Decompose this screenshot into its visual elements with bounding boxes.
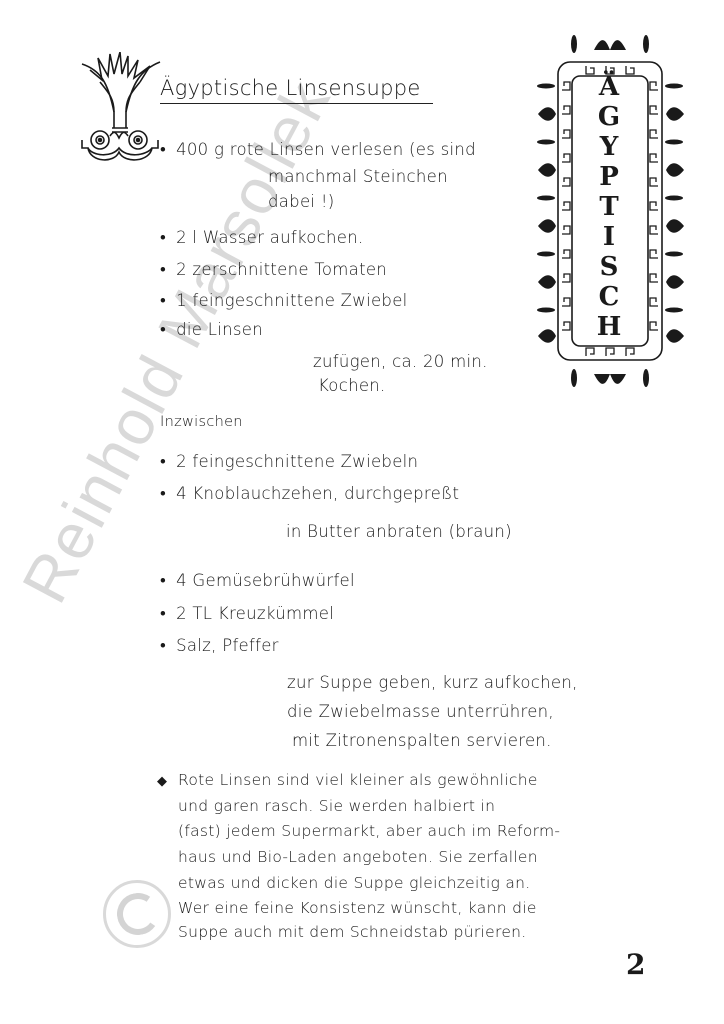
instruction-line: zufügen, ca. 20 min. (313, 352, 488, 371)
cartouche-letter: H (597, 312, 622, 342)
note-line: Suppe auch mit dem Schneidstab pürieren. (178, 920, 527, 944)
ingredient-line: 2 TL Kreuzkümmel (160, 604, 334, 624)
note-line: und garen rasch. Sie werden halbiert in (178, 794, 495, 818)
lotus-logo-icon (80, 52, 162, 162)
ingredient-line: 400 g rote Linsen verlesen (es sind (160, 140, 476, 160)
page-number: 2 (626, 948, 645, 981)
note-line: haus und Bio-Laden angeboten. Sie zerfal… (178, 845, 538, 869)
cartouche-letter: T (599, 192, 618, 222)
note-line: (fast) jedem Supermarkt, aber auch im Re… (178, 819, 560, 843)
ingredient-continuation: dabei !) (268, 192, 335, 211)
note-line: Rote Linsen sind viel kleiner als gewöhn… (178, 768, 538, 792)
instruction-line: Kochen. (318, 376, 386, 395)
note-line: Wer eine feine Konsistenz wünscht, kann … (178, 896, 537, 920)
ingredient-line: die Linsen (160, 320, 263, 340)
cartouche-letter: Y (600, 132, 619, 162)
cartouche-letter: Ä (599, 72, 619, 102)
cartouche-label: Ä G Y P T I S C H (585, 72, 633, 342)
ingredient-line: 4 Knoblauchzehen, durchgepreßt (160, 484, 459, 504)
cartouche-letter: P (599, 162, 619, 192)
cartouche-letter: S (600, 252, 619, 282)
ingredient-line: 2 zerschnittene Tomaten (160, 260, 387, 280)
instruction-line: zur Suppe geben, kurz aufkochen, (287, 673, 578, 692)
note-line: etwas und dicken die Suppe gleichzeitig … (178, 871, 531, 895)
ingredient-line: 4 Gemüsebrühwürfel (160, 571, 355, 591)
cartouche-letter: C (599, 282, 620, 312)
ingredient-line: 2 feingeschnittene Zwiebeln (160, 452, 418, 472)
ingredient-line: 1 feingeschnittene Zwiebel (160, 291, 408, 311)
recipe-title: Ägyptische Linsensuppe (160, 76, 433, 104)
instruction-line: die Zwiebelmasse unterrühren, (287, 702, 554, 721)
ingredient-line: 2 l Wasser aufkochen. (160, 228, 364, 248)
ingredient-continuation: manchmal Steinchen (268, 167, 448, 186)
instruction-line: mit Zitronenspalten servieren. (292, 731, 552, 750)
instruction-line: in Butter anbraten (braun) (286, 522, 512, 541)
diamond-bullet-icon: ◆ (157, 774, 167, 789)
ingredient-line: Salz, Pfeffer (160, 636, 279, 656)
section-heading: Inzwischen (160, 414, 243, 430)
cartouche-letter: I (603, 222, 615, 252)
cartouche-letter: G (598, 102, 620, 132)
